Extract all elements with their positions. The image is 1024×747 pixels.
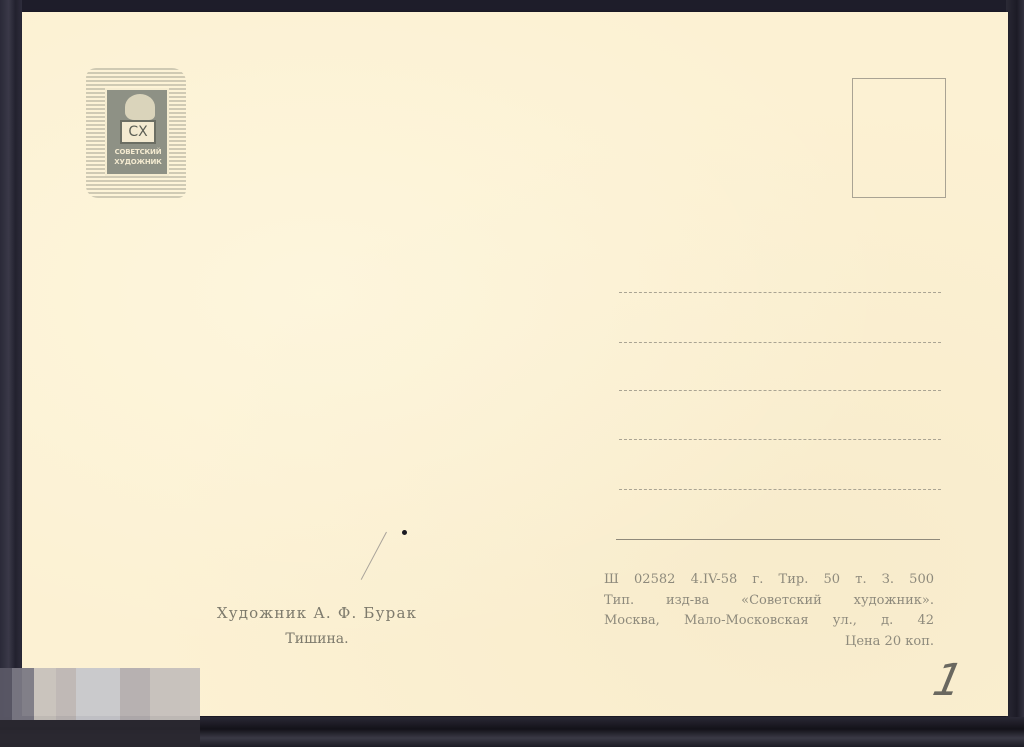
palette-icon xyxy=(125,94,155,120)
address-line-3 xyxy=(619,390,941,391)
logo-emblem: СХ СОВЕТСКИЙ ХУДОЖНИК xyxy=(105,88,169,176)
imprint-price: Цена 20 коп. xyxy=(604,632,934,653)
scratch-mark xyxy=(361,532,387,580)
address-line-2 xyxy=(619,342,941,343)
logo-text-line2: ХУДОЖНИК xyxy=(108,158,168,167)
imprint-line-1: Ш 02582 4.IV-58 г. Тир. 50 т. З. 500 xyxy=(604,570,934,591)
postcard-back: СХ СОВЕТСКИЙ ХУДОЖНИК Художник А. Ф. Бур… xyxy=(22,12,1008,716)
artwork-title: Тишина. xyxy=(182,631,452,647)
scan-background-left xyxy=(0,0,22,747)
imprint-line-3: Москва, Мало-Московская ул., д. 42 xyxy=(604,611,934,632)
stamp-placeholder xyxy=(852,78,946,198)
imprint-line-2: Тип. изд-ва «Советский художник». xyxy=(604,591,934,612)
logo-monogram: СХ xyxy=(120,120,156,144)
artist-caption: Художник А. Ф. Бурак xyxy=(182,604,452,622)
pixelated-watermark xyxy=(0,668,200,747)
logo-text-line1: СОВЕТСКИЙ xyxy=(108,148,168,157)
publisher-logo: СХ СОВЕТСКИЙ ХУДОЖНИК xyxy=(86,68,186,198)
address-line-4 xyxy=(619,439,941,440)
address-line-5 xyxy=(619,489,941,490)
ink-dot xyxy=(402,530,407,535)
scan-background-right xyxy=(1006,0,1024,747)
address-line-1 xyxy=(619,292,941,293)
address-line-6 xyxy=(616,539,940,540)
print-imprint: Ш 02582 4.IV-58 г. Тир. 50 т. З. 500 Тип… xyxy=(604,570,934,652)
handwritten-number: 1 xyxy=(929,655,968,706)
